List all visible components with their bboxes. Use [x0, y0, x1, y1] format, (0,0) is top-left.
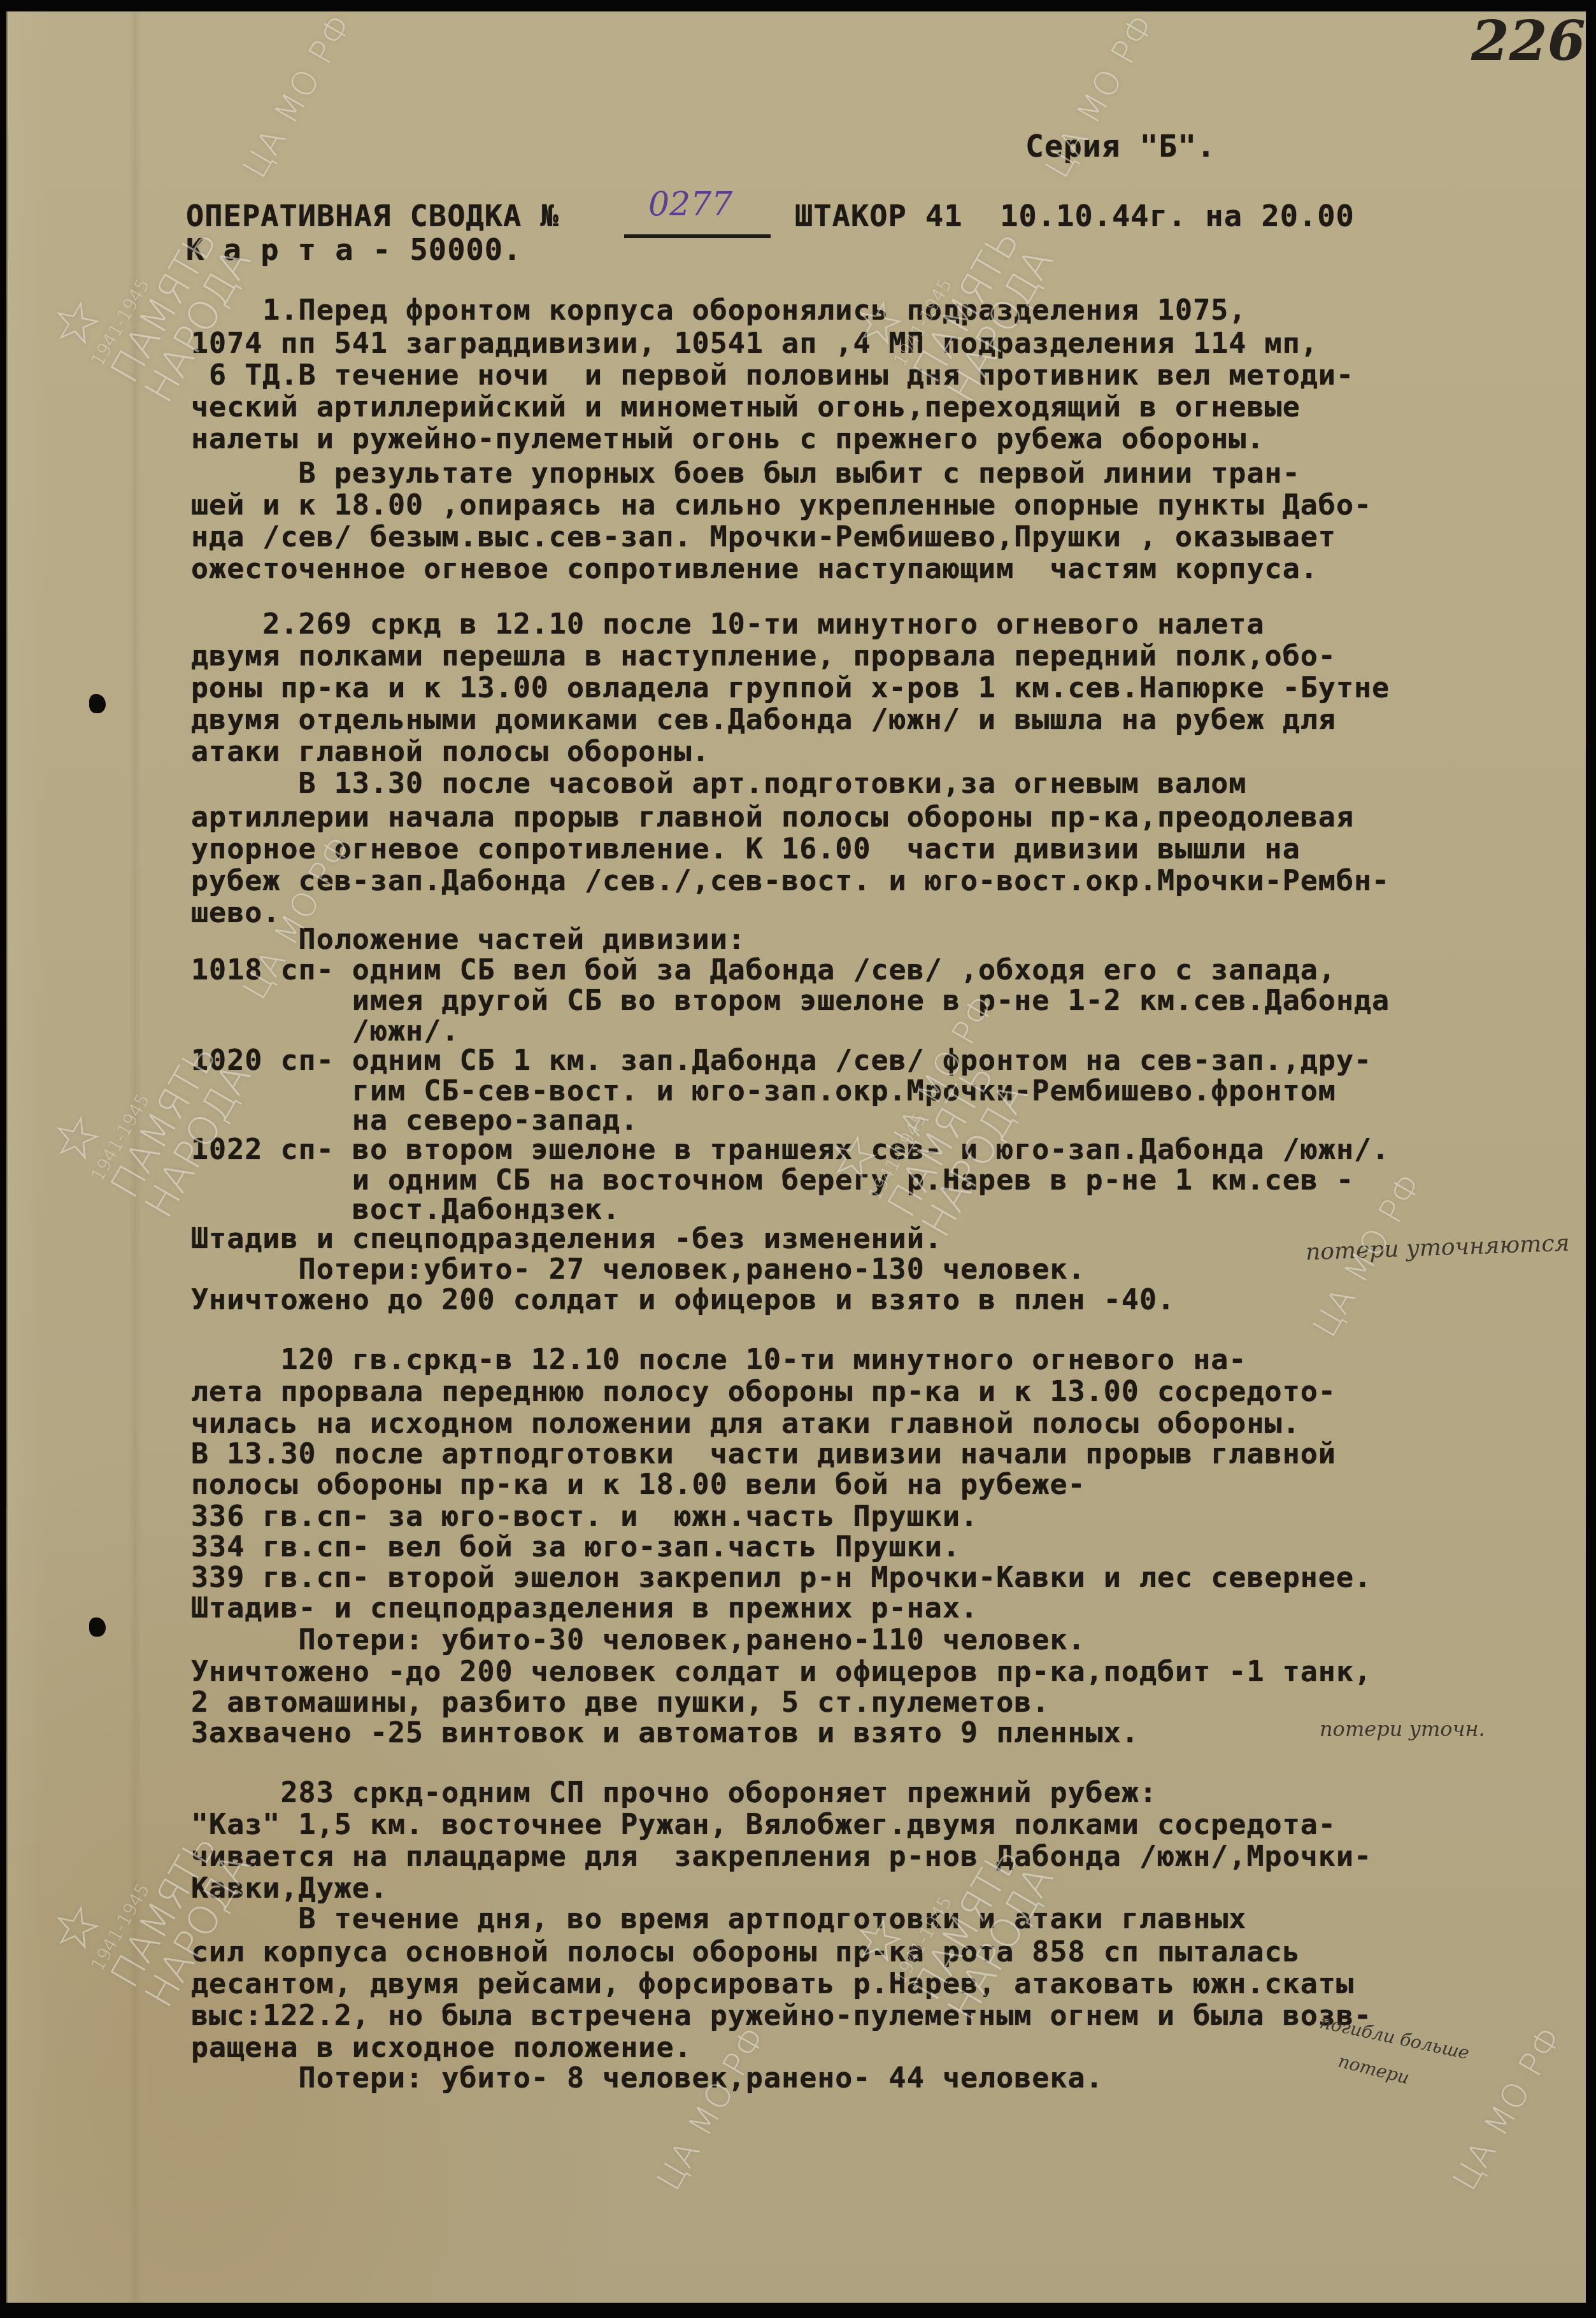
- text-line: Уничтожено до 200 солдат и офицеров и вз…: [191, 1284, 1175, 1316]
- text-line: двумя отдельными домиками сев.Дабонда /ю…: [191, 704, 1336, 736]
- text-line: 120 гв.сркд-в 12.10 после 10-ти минутног…: [191, 1344, 1246, 1376]
- text-line: /южн/.: [191, 1015, 459, 1047]
- text-line: на северо-запад.: [191, 1104, 638, 1136]
- document-body: 226 Серия "Б". ОПЕРАТИВНАЯ СВОДКА № 0277…: [0, 0, 1596, 2318]
- text-line: ческий артиллерийский и минометный огонь…: [191, 391, 1300, 423]
- text-line: роны пр-ка и к 13.00 овладела группой х-…: [191, 672, 1390, 704]
- text-line: ожесточенное огневое сопротивление насту…: [191, 553, 1318, 585]
- text-line: Штадив и спецподразделения -без изменени…: [191, 1223, 943, 1255]
- text-line: 1022 сп- во втором эшелоне в траншеях се…: [191, 1134, 1390, 1165]
- text-line: 1074 пп 541 заграддивизии, 10541 ап ,4 М…: [191, 327, 1318, 359]
- text-line: имея другой СБ во втором эшелоне в р-не …: [191, 985, 1390, 1016]
- text-line: Потери:убито- 27 человек,ранено-130 чело…: [191, 1253, 1086, 1285]
- text-line: десантом, двумя рейсами, форсировать р.Н…: [191, 1968, 1354, 2000]
- text-line: Кавки,Дуже.: [191, 1872, 388, 1904]
- text-line: В 13.30 после артподготовки части дивизи…: [191, 1438, 1336, 1470]
- report-title-prefix: ОПЕРАТИВНАЯ СВОДКА №: [186, 201, 559, 232]
- text-line: Штадив- и спецподразделения в прежних р-…: [191, 1592, 978, 1624]
- text-line: полосы обороны пр-ка и к 18.00 вели бой …: [191, 1468, 1086, 1500]
- text-line: 339 гв.сп- второй эшелон закрепил р-н Мр…: [191, 1561, 1372, 1593]
- text-line: 1.Перед фронтом корпуса оборонялись подр…: [191, 294, 1246, 326]
- series-label: Серия "Б".: [1025, 131, 1216, 162]
- text-line: гим СБ-сев-вост. и юго-зап.окр.Мрочки-Ре…: [191, 1075, 1336, 1107]
- text-line: двумя полками перешла в наступление, про…: [191, 640, 1336, 672]
- text-line: 2.269 сркд в 12.10 после 10-ти минутного…: [191, 608, 1265, 640]
- text-line: шей и к 18.00 ,опираясь на сильно укрепл…: [191, 489, 1372, 521]
- text-line: чилась на исходном положении для атаки г…: [191, 1407, 1300, 1439]
- text-line: 1018 сп- одним СБ вел бой за Дабонда /се…: [191, 954, 1336, 986]
- text-line: Уничтожено -до 200 человек солдат и офиц…: [191, 1656, 1372, 1688]
- handwritten-note: потери уточняются: [1305, 1228, 1570, 1269]
- text-line: лета прорвала переднюю полосу обороны пр…: [191, 1376, 1336, 1407]
- text-line: В течение дня, во время артподготовки и …: [191, 1903, 1246, 1935]
- report-number-underline: [624, 234, 771, 238]
- text-line: 336 гв.сп- за юго-вост. и южн.часть Пруш…: [191, 1500, 978, 1532]
- report-title-suffix: ШТАКОР 41 10.10.44г. на 20.00: [795, 201, 1355, 232]
- handwritten-note: потери уточн.: [1320, 1713, 1485, 1745]
- text-line: Потери: убито-30 человек,ранено-110 чело…: [191, 1624, 1086, 1656]
- text-line: рубеж сев-зап.Дабонда /сев./,сев-вост. и…: [191, 865, 1390, 897]
- text-line: Положение частей дивизии:: [191, 923, 746, 955]
- text-line: выс:122.2, но была встречена ружейно-пул…: [191, 2000, 1372, 2031]
- text-line: упорное огневое сопротивление. К 16.00 ч…: [191, 833, 1300, 865]
- report-number-handwritten: 0277: [648, 188, 732, 220]
- text-line: 1020 сп- одним СБ 1 км. зап.Дабонда /сев…: [191, 1044, 1372, 1076]
- text-line: Захвачено -25 винтовок и автоматов и взя…: [191, 1717, 1139, 1749]
- text-line: В результате упорных боев был выбит с пе…: [191, 457, 1300, 489]
- text-line: 283 сркд-одним СП прочно обороняет прежн…: [191, 1777, 1157, 1809]
- text-line: ращена в исходное положение.: [191, 2031, 692, 2063]
- text-line: 2 автомашины, разбито две пушки, 5 ст.пу…: [191, 1686, 1050, 1718]
- page-number: 226: [1471, 25, 1586, 57]
- text-line: "Каз" 1,5 км. восточнее Ружан, Вялобжег.…: [191, 1809, 1336, 1840]
- text-line: чивается на плацдарме для закрепления р-…: [191, 1840, 1372, 1872]
- text-line: В 13.30 после часовой арт.подготовки,за …: [191, 767, 1246, 799]
- text-line: атаки главной полосы обороны.: [191, 736, 710, 767]
- map-scale: К а р т а - 50000.: [186, 234, 522, 266]
- text-line: 6 ТД.В течение ночи и первой половины дн…: [191, 359, 1354, 391]
- text-line: налеты и ружейно-пулеметный огонь с преж…: [191, 423, 1265, 455]
- text-line: вост.Дабондзек.: [191, 1193, 620, 1225]
- text-line: сил корпуса основной полосы обороны пр-к…: [191, 1936, 1300, 1968]
- text-line: артиллерии начала прорыв главной полосы …: [191, 801, 1354, 833]
- text-line: 334 гв.сп- вел бой за юго-зап.часть Пруш…: [191, 1531, 960, 1563]
- text-line: нда /сев/ безым.выс.сев-зап. Мрочки-Ремб…: [191, 521, 1336, 553]
- text-line: и одним СБ на восточном берегу р.Нарев в…: [191, 1164, 1354, 1196]
- text-line: Потери: убито- 8 человек,ранено- 44 чело…: [191, 2062, 1104, 2094]
